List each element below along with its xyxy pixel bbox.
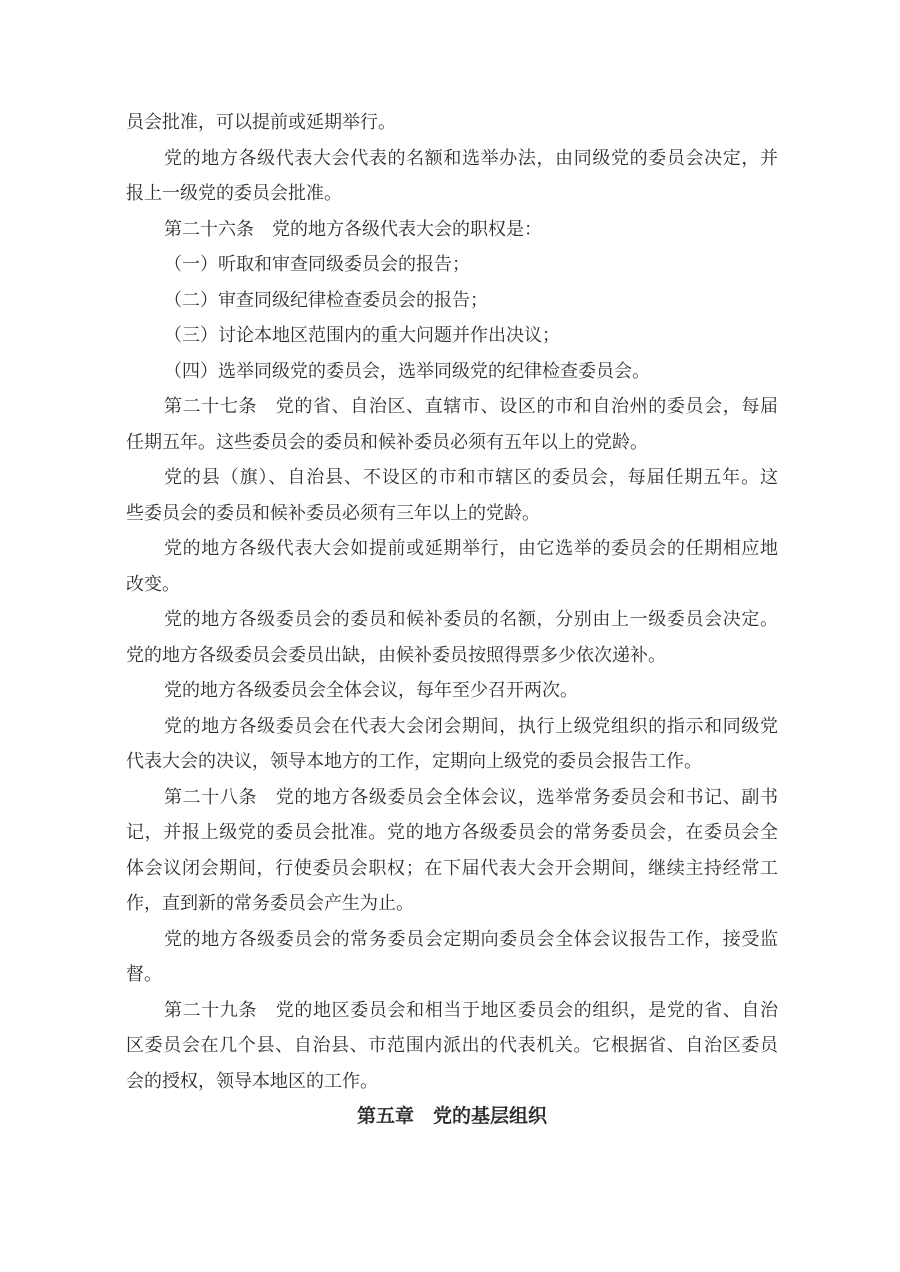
chapter-heading: 第五章 党的基层组织 bbox=[126, 1099, 778, 1135]
text-line: （三）讨论本地区范围内的重大问题并作出决议； bbox=[126, 318, 778, 354]
text-line: 党的地方各级委员会全体会议，每年至少召开两次。 bbox=[126, 673, 778, 709]
text-line: 任期五年。这些委员会的委员和候补委员必须有五年以上的党龄。 bbox=[126, 425, 778, 461]
text-line: （四）选举同级党的委员会，选举同级党的纪律检查委员会。 bbox=[126, 354, 778, 390]
paragraph: 第二十九条 党的地区委员会和相当于地区委员会的组织，是党的省、自治区委员会在几个… bbox=[126, 993, 778, 1100]
paragraph: 员会批准，可以提前或延期举行。 bbox=[126, 105, 778, 141]
text-line: 党的地方各级委员会的委员和候补委员的名额，分别由上一级委员会决定。 bbox=[126, 602, 778, 638]
paragraph: 党的地方各级委员会在代表大会闭会期间，执行上级党组织的指示和同级党代表大会的决议… bbox=[126, 709, 778, 780]
text-line: 代表大会的决议，领导本地方的工作，定期向上级党的委员会报告工作。 bbox=[126, 744, 778, 780]
text-line: 党的地方各级委员会的常务委员会定期向委员会全体会议报告工作，接受监 bbox=[126, 922, 778, 958]
paragraph: 第二十六条 党的地方各级代表大会的职权是： bbox=[126, 212, 778, 248]
text-line: 党的县（旗）、自治县、不设区的市和市辖区的委员会，每届任期五年。这 bbox=[126, 460, 778, 496]
text-line: 第二十八条 党的地方各级委员会全体会议，选举常务委员会和书记、副书 bbox=[126, 780, 778, 816]
paragraph: （一）听取和审查同级委员会的报告； bbox=[126, 247, 778, 283]
text-line: 体会议闭会期间，行使委员会职权；在下届代表大会开会期间，继续主持经常工 bbox=[126, 851, 778, 887]
paragraph: 党的地方各级委员会的委员和候补委员的名额，分别由上一级委员会决定。党的地方各级委… bbox=[126, 602, 778, 673]
text-line: 些委员会的委员和候补委员必须有三年以上的党龄。 bbox=[126, 496, 778, 532]
text-line: 作，直到新的常务委员会产生为止。 bbox=[126, 886, 778, 922]
text-line: 会的授权，领导本地区的工作。 bbox=[126, 1064, 778, 1100]
text-line: 报上一级党的委员会批准。 bbox=[126, 176, 778, 212]
paragraph: 党的地方各级代表大会代表的名额和选举办法，由同级党的委员会决定，并报上一级党的委… bbox=[126, 141, 778, 212]
document-paragraphs: 员会批准，可以提前或延期举行。党的地方各级代表大会代表的名额和选举办法，由同级党… bbox=[126, 105, 778, 1099]
paragraph: 党的地方各级代表大会如提前或延期举行，由它选举的委员会的任期相应地改变。 bbox=[126, 531, 778, 602]
paragraph: 第二十八条 党的地方各级委员会全体会议，选举常务委员会和书记、副书记，并报上级党… bbox=[126, 780, 778, 922]
text-line: 党的地方各级委员会委员出缺，由候补委员按照得票多少依次递补。 bbox=[126, 638, 778, 674]
text-line: （二）审查同级纪律检查委员会的报告； bbox=[126, 283, 778, 319]
text-line: 第二十六条 党的地方各级代表大会的职权是： bbox=[126, 212, 778, 248]
text-line: 党的地方各级委员会在代表大会闭会期间，执行上级党组织的指示和同级党 bbox=[126, 709, 778, 745]
text-line: 党的地方各级代表大会如提前或延期举行，由它选举的委员会的任期相应地 bbox=[126, 531, 778, 567]
text-line: 区委员会在几个县、自治县、市范围内派出的代表机关。它根据省、自治区委员 bbox=[126, 1028, 778, 1064]
text-line: 记，并报上级党的委员会批准。党的地方各级委员会的常务委员会，在委员会全 bbox=[126, 815, 778, 851]
document-content: 员会批准，可以提前或延期举行。党的地方各级代表大会代表的名额和选举办法，由同级党… bbox=[126, 105, 778, 1135]
text-line: 改变。 bbox=[126, 567, 778, 603]
text-line: 督。 bbox=[126, 957, 778, 993]
paragraph: 第二十七条 党的省、自治区、直辖市、设区的市和自治州的委员会，每届任期五年。这些… bbox=[126, 389, 778, 460]
text-line: 员会批准，可以提前或延期举行。 bbox=[126, 105, 778, 141]
paragraph: （三）讨论本地区范围内的重大问题并作出决议； bbox=[126, 318, 778, 354]
paragraph: 党的县（旗）、自治县、不设区的市和市辖区的委员会，每届任期五年。这些委员会的委员… bbox=[126, 460, 778, 531]
text-line: （一）听取和审查同级委员会的报告； bbox=[126, 247, 778, 283]
paragraph: （四）选举同级党的委员会，选举同级党的纪律检查委员会。 bbox=[126, 354, 778, 390]
text-line: 党的地方各级代表大会代表的名额和选举办法，由同级党的委员会决定，并 bbox=[126, 141, 778, 177]
paragraph: 党的地方各级委员会全体会议，每年至少召开两次。 bbox=[126, 673, 778, 709]
paragraph: 党的地方各级委员会的常务委员会定期向委员会全体会议报告工作，接受监督。 bbox=[126, 922, 778, 993]
document-page: 员会批准，可以提前或延期举行。党的地方各级代表大会代表的名额和选举办法，由同级党… bbox=[0, 0, 900, 1272]
text-line: 第二十九条 党的地区委员会和相当于地区委员会的组织，是党的省、自治 bbox=[126, 993, 778, 1029]
text-line: 第二十七条 党的省、自治区、直辖市、设区的市和自治州的委员会，每届 bbox=[126, 389, 778, 425]
paragraph: （二）审查同级纪律检查委员会的报告； bbox=[126, 283, 778, 319]
